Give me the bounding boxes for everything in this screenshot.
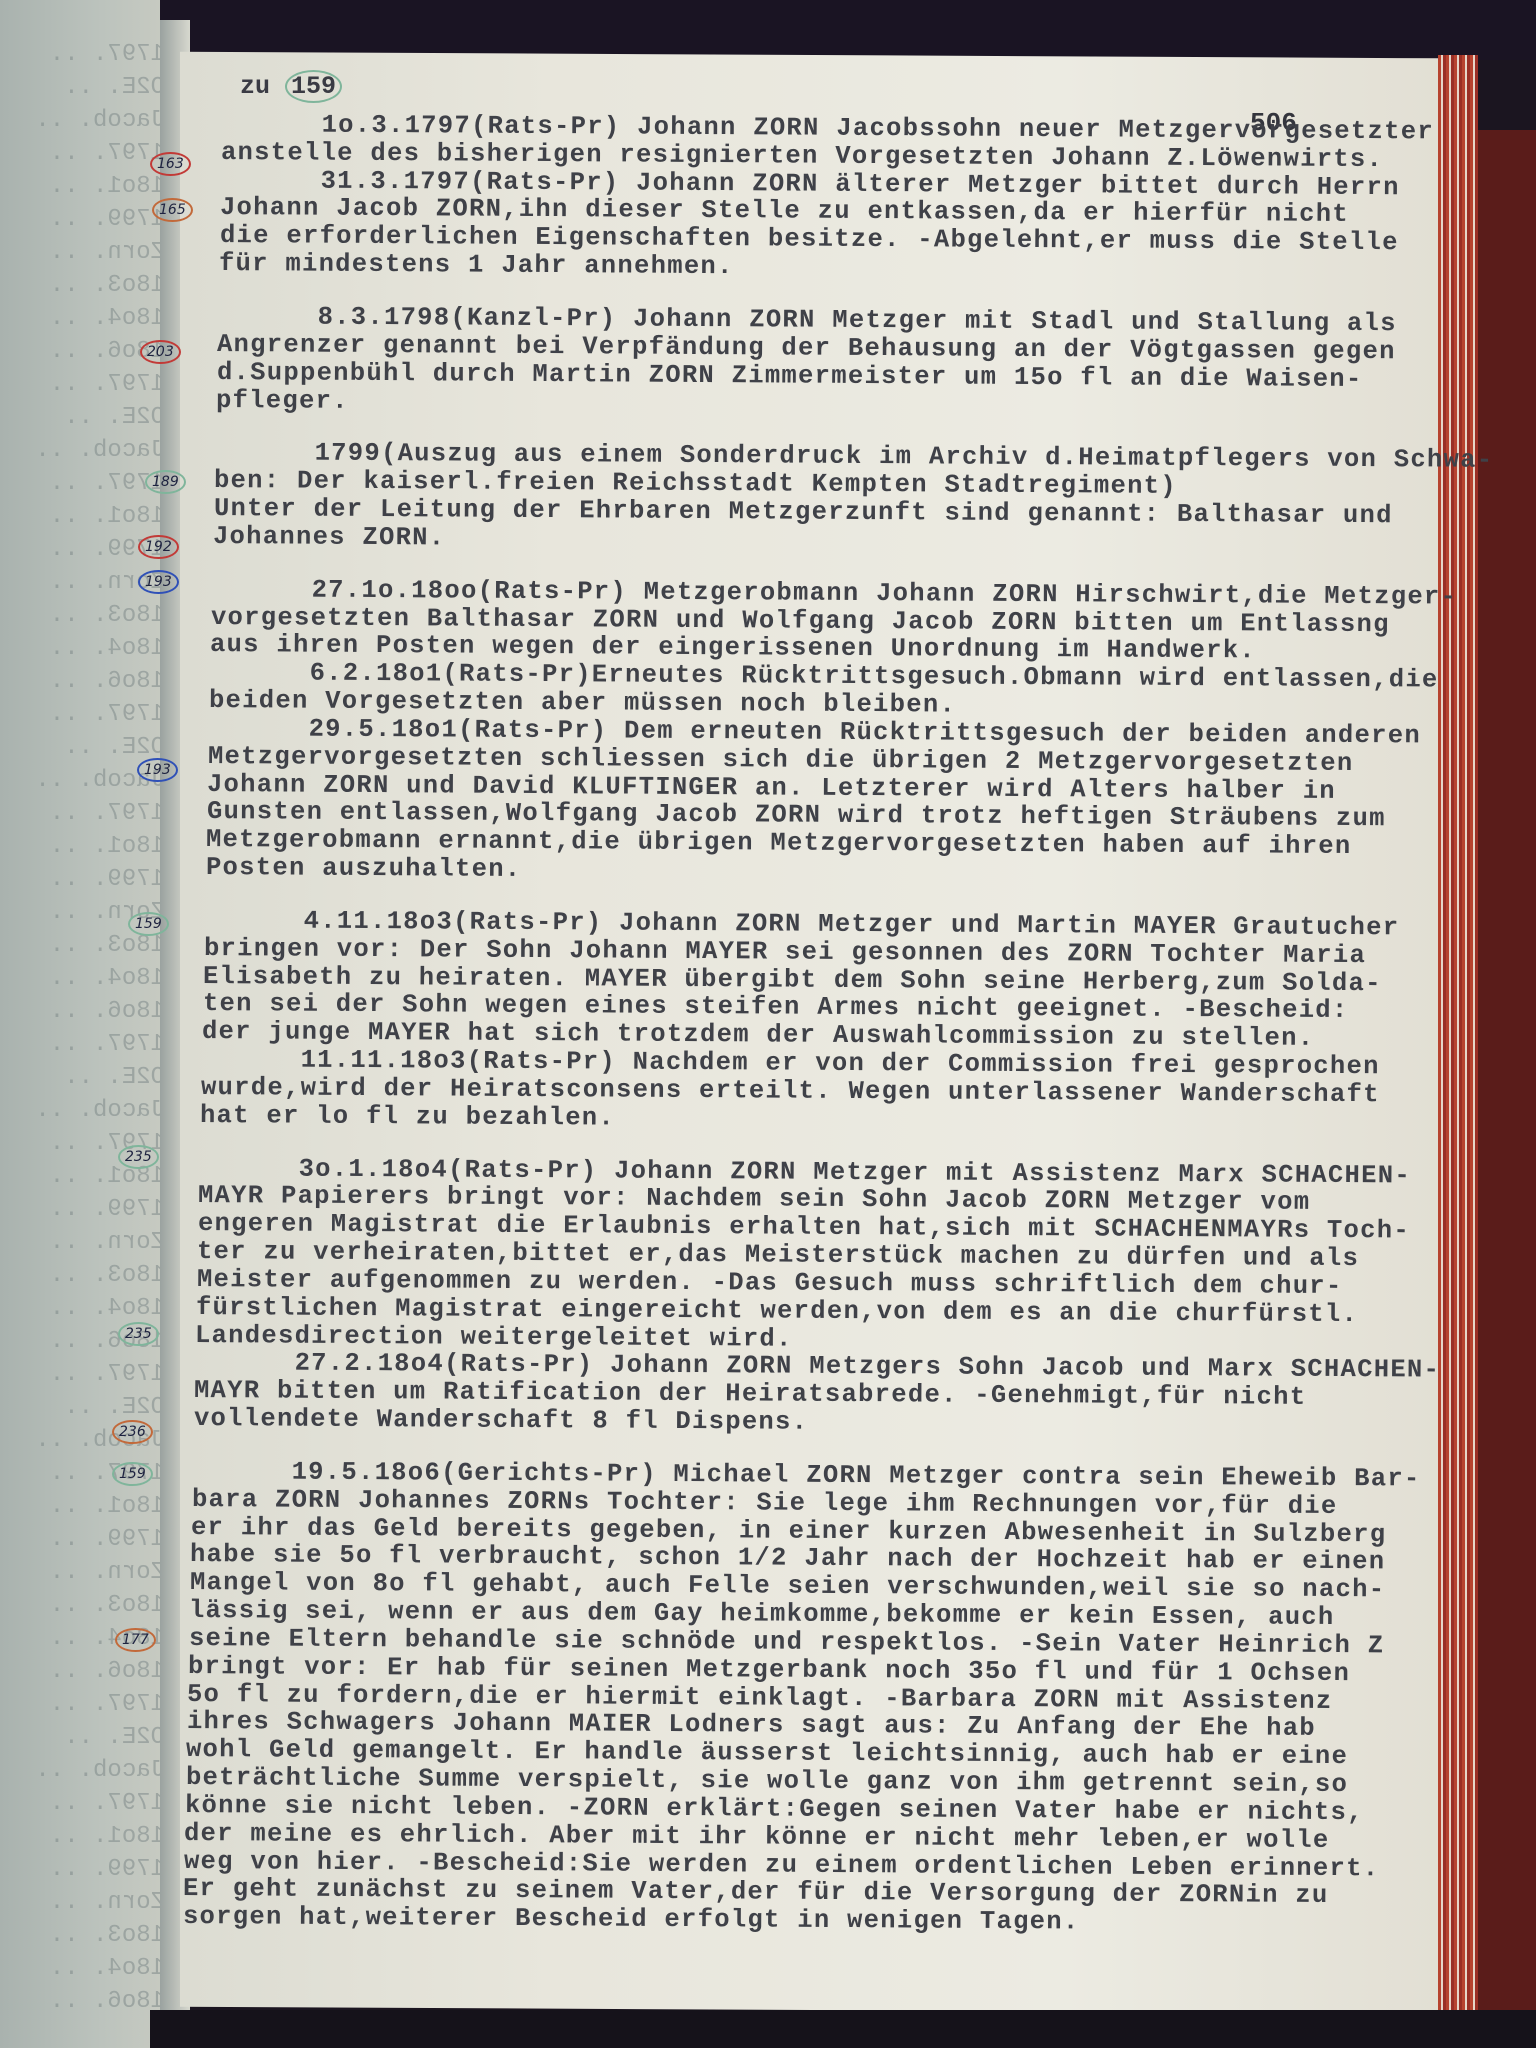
show-through-text: 18o3. .. <box>0 1591 165 1620</box>
show-through-text: 1797. .. <box>0 40 165 69</box>
show-through-text: 18o1. .. <box>0 832 165 861</box>
show-through-text: 1797. .. <box>0 700 165 729</box>
show-through-text: 18o4. .. <box>0 964 165 993</box>
show-through-text: 1797. .. <box>0 1360 165 1389</box>
book-cover <box>1478 130 1536 2048</box>
show-through-text: Jacob. .. <box>0 1756 165 1785</box>
show-through-text: 18o6. .. <box>0 997 165 1026</box>
show-through-text: 18o1. .. <box>0 172 165 201</box>
show-through-text: 18o6. .. <box>0 667 165 696</box>
show-through-text: 1797. .. <box>0 1690 165 1719</box>
show-through-text: 1797. .. <box>0 469 165 498</box>
show-through-text: 18o3. .. <box>0 271 165 300</box>
show-through-text: 18o1. .. <box>0 1822 165 1851</box>
show-through-text: 18o4. .. <box>0 304 165 333</box>
show-through-text: 18o4. .. <box>0 1294 165 1323</box>
show-through-text: 18o3. .. <box>0 1261 165 1290</box>
margin-note-circle: 189 <box>145 470 186 494</box>
margin-note-circle: 193 <box>137 758 178 782</box>
left-page-edge: 1797. ..O2E. ..Jacob. ..1797. ..18o1. ..… <box>0 0 170 2048</box>
show-through-text: O2E. .. <box>0 1063 165 1092</box>
show-through-text: O2E. .. <box>0 403 165 432</box>
show-through-text: Jacob. .. <box>0 436 165 465</box>
margin-note-circle: 203 <box>140 340 181 364</box>
margin-note-circle: 193 <box>138 570 179 594</box>
page-edges <box>1438 55 1478 2045</box>
show-through-text: Zorn. .. <box>0 1228 165 1257</box>
show-through-text: O2E. .. <box>0 1723 165 1752</box>
show-through-text: 1799. .. <box>0 1525 165 1554</box>
show-through-text: 1799. .. <box>0 205 165 234</box>
show-through-text: 1797. .. <box>0 139 165 168</box>
show-through-text: Jacob. .. <box>0 1096 165 1125</box>
margin-note-circle: 165 <box>152 198 193 222</box>
show-through-text: 18o1. .. <box>0 502 165 531</box>
text-line: sorgen hat,weiterer Bescheid erfolgt in … <box>183 1902 1080 1936</box>
show-through-text: O2E. .. <box>0 73 165 102</box>
text-line: pfleger. <box>216 386 349 416</box>
show-through-text: O2E. .. <box>0 733 165 762</box>
show-through-text: 1799. .. <box>0 1195 165 1224</box>
section-ref-number: 159 <box>285 70 342 103</box>
show-through-text: 18o4. .. <box>0 634 165 663</box>
background-bottom <box>150 2010 1536 2048</box>
show-through-text: 1797. .. <box>0 1789 165 1818</box>
show-through-text: 18o6. .. <box>0 1657 165 1686</box>
show-through-text: 1797. .. <box>0 1030 165 1059</box>
show-through-text: O2E. .. <box>0 1393 165 1422</box>
show-through-text: 18o3. .. <box>0 601 165 630</box>
margin-note-circle: 159 <box>128 912 169 936</box>
margin-note-circle: 159 <box>112 1462 153 1486</box>
text-line: Posten auszuhalten. <box>206 853 522 884</box>
show-through-text: Zorn. .. <box>0 1888 165 1917</box>
show-through-text: 18o3. .. <box>0 1921 165 1950</box>
show-through-text: 18o4. .. <box>0 1954 165 1983</box>
show-through-text: 18o1. .. <box>0 1492 165 1521</box>
show-through-text: 18o6. .. <box>0 1987 165 2016</box>
margin-note-circle: 235 <box>118 1322 159 1346</box>
show-through-text: 1797. .. <box>0 370 165 399</box>
background-top <box>160 0 1536 60</box>
section-prefix: zu <box>240 72 270 101</box>
show-through-text: 1797. .. <box>0 799 165 828</box>
margin-note-circle: 236 <box>112 1420 153 1444</box>
margin-note-circle: 235 <box>118 1145 159 1169</box>
section-reference: zu 159 <box>240 72 342 101</box>
margin-note-circle: 163 <box>150 152 191 176</box>
show-through-text: Zorn. .. <box>0 1558 165 1587</box>
show-through-text: 1799. .. <box>0 1855 165 1884</box>
margin-note-circle: 192 <box>138 535 179 559</box>
text-line: hat er lo fl zu bezahlen. <box>200 1101 615 1133</box>
show-through-text: 1799. .. <box>0 865 165 894</box>
margin-note-circle: 177 <box>115 1628 156 1652</box>
show-through-text: Zorn. .. <box>0 238 165 267</box>
show-through-text: 18o3. .. <box>0 931 165 960</box>
text-line: Johannes ZORN. <box>213 522 446 552</box>
show-through-text: Jacob. .. <box>0 106 165 135</box>
text-line: für mindestens 1 Jahr annehmen. <box>219 249 734 281</box>
text-line: vollendete Wanderschaft 8 fl Dispens. <box>193 1404 807 1437</box>
